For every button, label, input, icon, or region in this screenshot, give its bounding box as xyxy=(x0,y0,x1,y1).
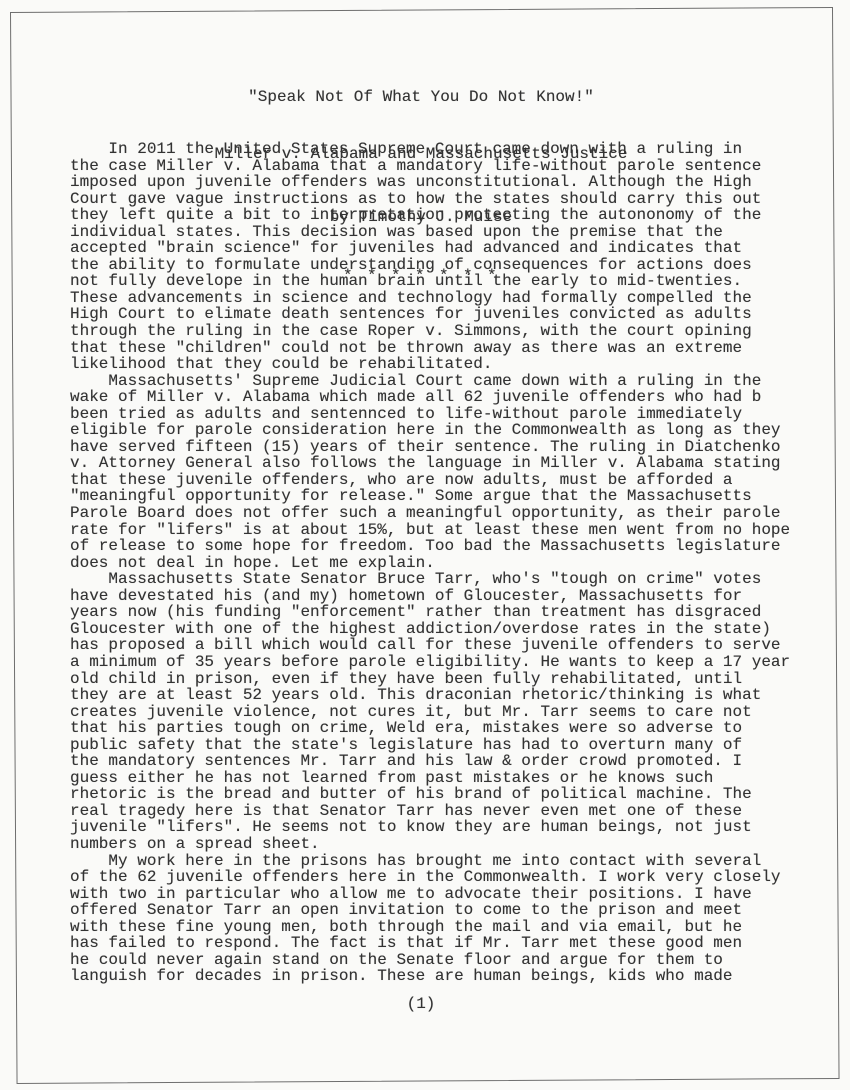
document-line: rate for "lifers" is at about 15%, but a… xyxy=(70,522,830,539)
document-line: a minimum of 35 years before parole elig… xyxy=(70,654,830,671)
page-title-line1: "Speak Not Of What You Do Not Know!" xyxy=(56,88,786,107)
document-line: public safety that the state's legislatu… xyxy=(70,737,830,754)
document-line: imposed upon juvenile offenders was unco… xyxy=(70,174,830,191)
document-line: v. Attorney General also follows the lan… xyxy=(70,455,830,472)
document-line: they are at least 52 years old. This dra… xyxy=(70,687,830,704)
paragraph: Massachusetts State Senator Bruce Tarr, … xyxy=(70,571,830,852)
document-line: Gloucester with one of the highest addic… xyxy=(70,621,830,638)
document-line: Court gave vague instructions as to how … xyxy=(70,191,830,208)
document-line: accepted "brain science" for juveniles h… xyxy=(70,240,830,257)
document-line: numbers on a spread sheet. xyxy=(70,836,830,853)
document-line: has proposed a bill which would call for… xyxy=(70,637,830,654)
document-line: of the 62 juvenile offenders here in the… xyxy=(70,869,830,886)
document-line: rhetoric is the bread and butter of his … xyxy=(70,786,830,803)
page-number: (1) xyxy=(56,995,786,1014)
document-line: they left quite a bit to interpretation … xyxy=(70,207,830,224)
document-line: have devestated his (and my) hometown of… xyxy=(70,588,830,605)
document-line: with these fine young men, both through … xyxy=(70,919,830,936)
document-line: Parole Board does not offer such a meani… xyxy=(70,505,830,522)
paragraph: In 2011 the United States Supreme Court … xyxy=(70,141,830,373)
document-line: High Court to elimate death sentences fo… xyxy=(70,306,830,323)
document-line: creates juvenile violence, not cures it,… xyxy=(70,704,830,721)
document-line: through the ruling in the case Roper v. … xyxy=(70,323,830,340)
document-line: eligible for parole consideration here i… xyxy=(70,422,830,439)
document-line: that these juvenile offenders, who are n… xyxy=(70,472,830,489)
document-line: he could never again stand on the Senate… xyxy=(70,952,830,969)
document-line: wake of Miller v. Alabama which made all… xyxy=(70,389,830,406)
document-line: with two in particular who allow me to a… xyxy=(70,886,830,903)
paragraph: My work here in the prisons has brought … xyxy=(70,853,830,985)
document-line: been tried as adults and sentennced to l… xyxy=(70,406,830,423)
document-line: juvenile "lifers". He seems not to know … xyxy=(70,819,830,836)
document-line: "meaningful opportunity for release." So… xyxy=(70,488,830,505)
document-line: Massachusetts State Senator Bruce Tarr, … xyxy=(70,571,830,588)
document-line: that his parties tough on crime, Weld er… xyxy=(70,720,830,737)
document-line: the mandatory sentences Mr. Tarr and his… xyxy=(70,753,830,770)
paragraph: Massachusetts' Supreme Judicial Court ca… xyxy=(70,373,830,572)
document-line: real tragedy here is that Senator Tarr h… xyxy=(70,803,830,820)
document-line: has failed to respond. The fact is that … xyxy=(70,935,830,952)
document-line: of release to some hope for freedom. Too… xyxy=(70,538,830,555)
document-line: In 2011 the United States Supreme Court … xyxy=(70,141,830,158)
document-line: These advancements in science and techno… xyxy=(70,290,830,307)
document-line: languish for decades in prison. These ar… xyxy=(70,968,830,985)
document-line: guess either he has not learned from pas… xyxy=(70,770,830,787)
document-line: My work here in the prisons has brought … xyxy=(70,853,830,870)
document-line: have served fifteen (15) years of their … xyxy=(70,439,830,456)
document-line: does not deal in hope. Let me explain. xyxy=(70,555,830,572)
document-line: likelihood that they could be rehabilita… xyxy=(70,356,830,373)
document-line: the ability to formulate understanding o… xyxy=(70,257,830,274)
document-line: years now (his funding "enforcement" rat… xyxy=(70,604,830,621)
scan-page: "Speak Not Of What You Do Not Know!" Mil… xyxy=(0,0,850,1090)
document-line: not fully develope in the human brain un… xyxy=(70,273,830,290)
document-line: Massachusetts' Supreme Judicial Court ca… xyxy=(70,373,830,390)
document-line: that these "children" could not be throw… xyxy=(70,340,830,357)
document-line: offered Senator Tarr an open invitation … xyxy=(70,902,830,919)
document-line: old child in prison, even if they have b… xyxy=(70,671,830,688)
document-line: the case Miller v. Alabama that a mandat… xyxy=(70,158,830,175)
document-body: In 2011 the United States Supreme Court … xyxy=(70,141,830,985)
document-line: individual states. This decision was bas… xyxy=(70,224,830,241)
